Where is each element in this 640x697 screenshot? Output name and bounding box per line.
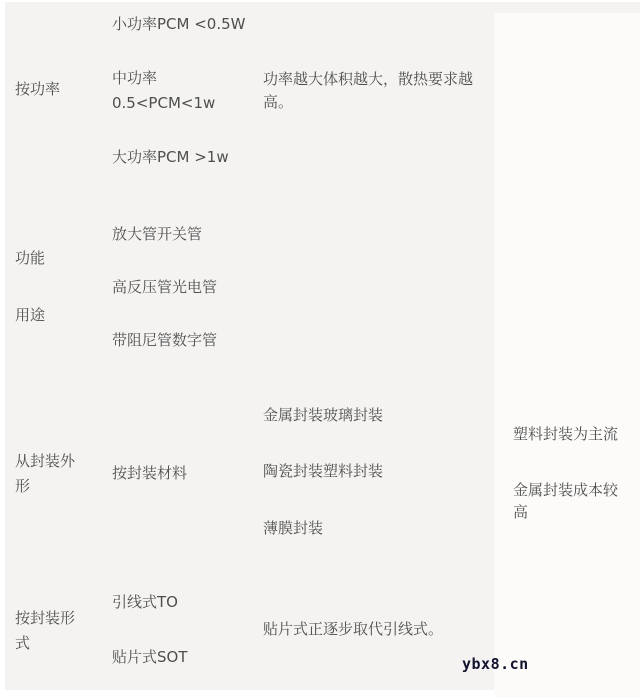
cell-low-power: 小功率PCM <0.5W — [112, 14, 245, 34]
cell-mid-power-range: 0.5<PCM<1w — [112, 93, 215, 113]
cell-mid-power-label: 中功率 — [112, 68, 157, 88]
watermark-ybx8: ybx8.cn — [462, 656, 529, 673]
row-header-usage: 用途 — [15, 305, 45, 325]
cell-by-package-material: 按封装材料 — [112, 463, 187, 483]
note-smd-replacing-lead: 贴片式正逐步取代引线式。 — [263, 619, 443, 639]
cell-thin-film-package: 薄膜封装 — [263, 518, 323, 538]
remark-column-background — [494, 13, 640, 697]
remark-metal-cost-high: 金属封装成本较高 — [513, 479, 623, 523]
cell-lead-type-to: 引线式TO — [112, 592, 178, 612]
note-power-heat-dissipation: 功率越大体积越大，散热要求越高。 — [263, 68, 479, 114]
row-header-package-shape: 从封装外形 — [15, 449, 79, 499]
cell-high-reverse-voltage-photo-tube: 高反压管光电管 — [112, 277, 217, 297]
cell-amplifier-switch-tube: 放大管开关管 — [112, 224, 202, 244]
cell-high-power: 大功率PCM >1w — [112, 147, 229, 167]
cell-metal-glass-package: 金属封装玻璃封装 — [263, 405, 383, 425]
row-header-package-form: 按封装形式 — [15, 606, 79, 656]
cell-smd-type-sot: 贴片式SOT — [112, 647, 188, 667]
cell-damper-digital-tube: 带阻尼管数字管 — [112, 330, 217, 350]
document-table-screenshot: 按功率 功能 用途 从封装外形 按封装形式 小功率PCM <0.5W 中功率 0… — [0, 0, 640, 697]
row-header-function: 功能 — [15, 248, 45, 268]
row-header-by-power: 按功率 — [15, 79, 60, 99]
remark-plastic-mainstream: 塑料封装为主流 — [513, 424, 618, 444]
cell-ceramic-plastic-package: 陶瓷封装塑料封装 — [263, 461, 383, 481]
